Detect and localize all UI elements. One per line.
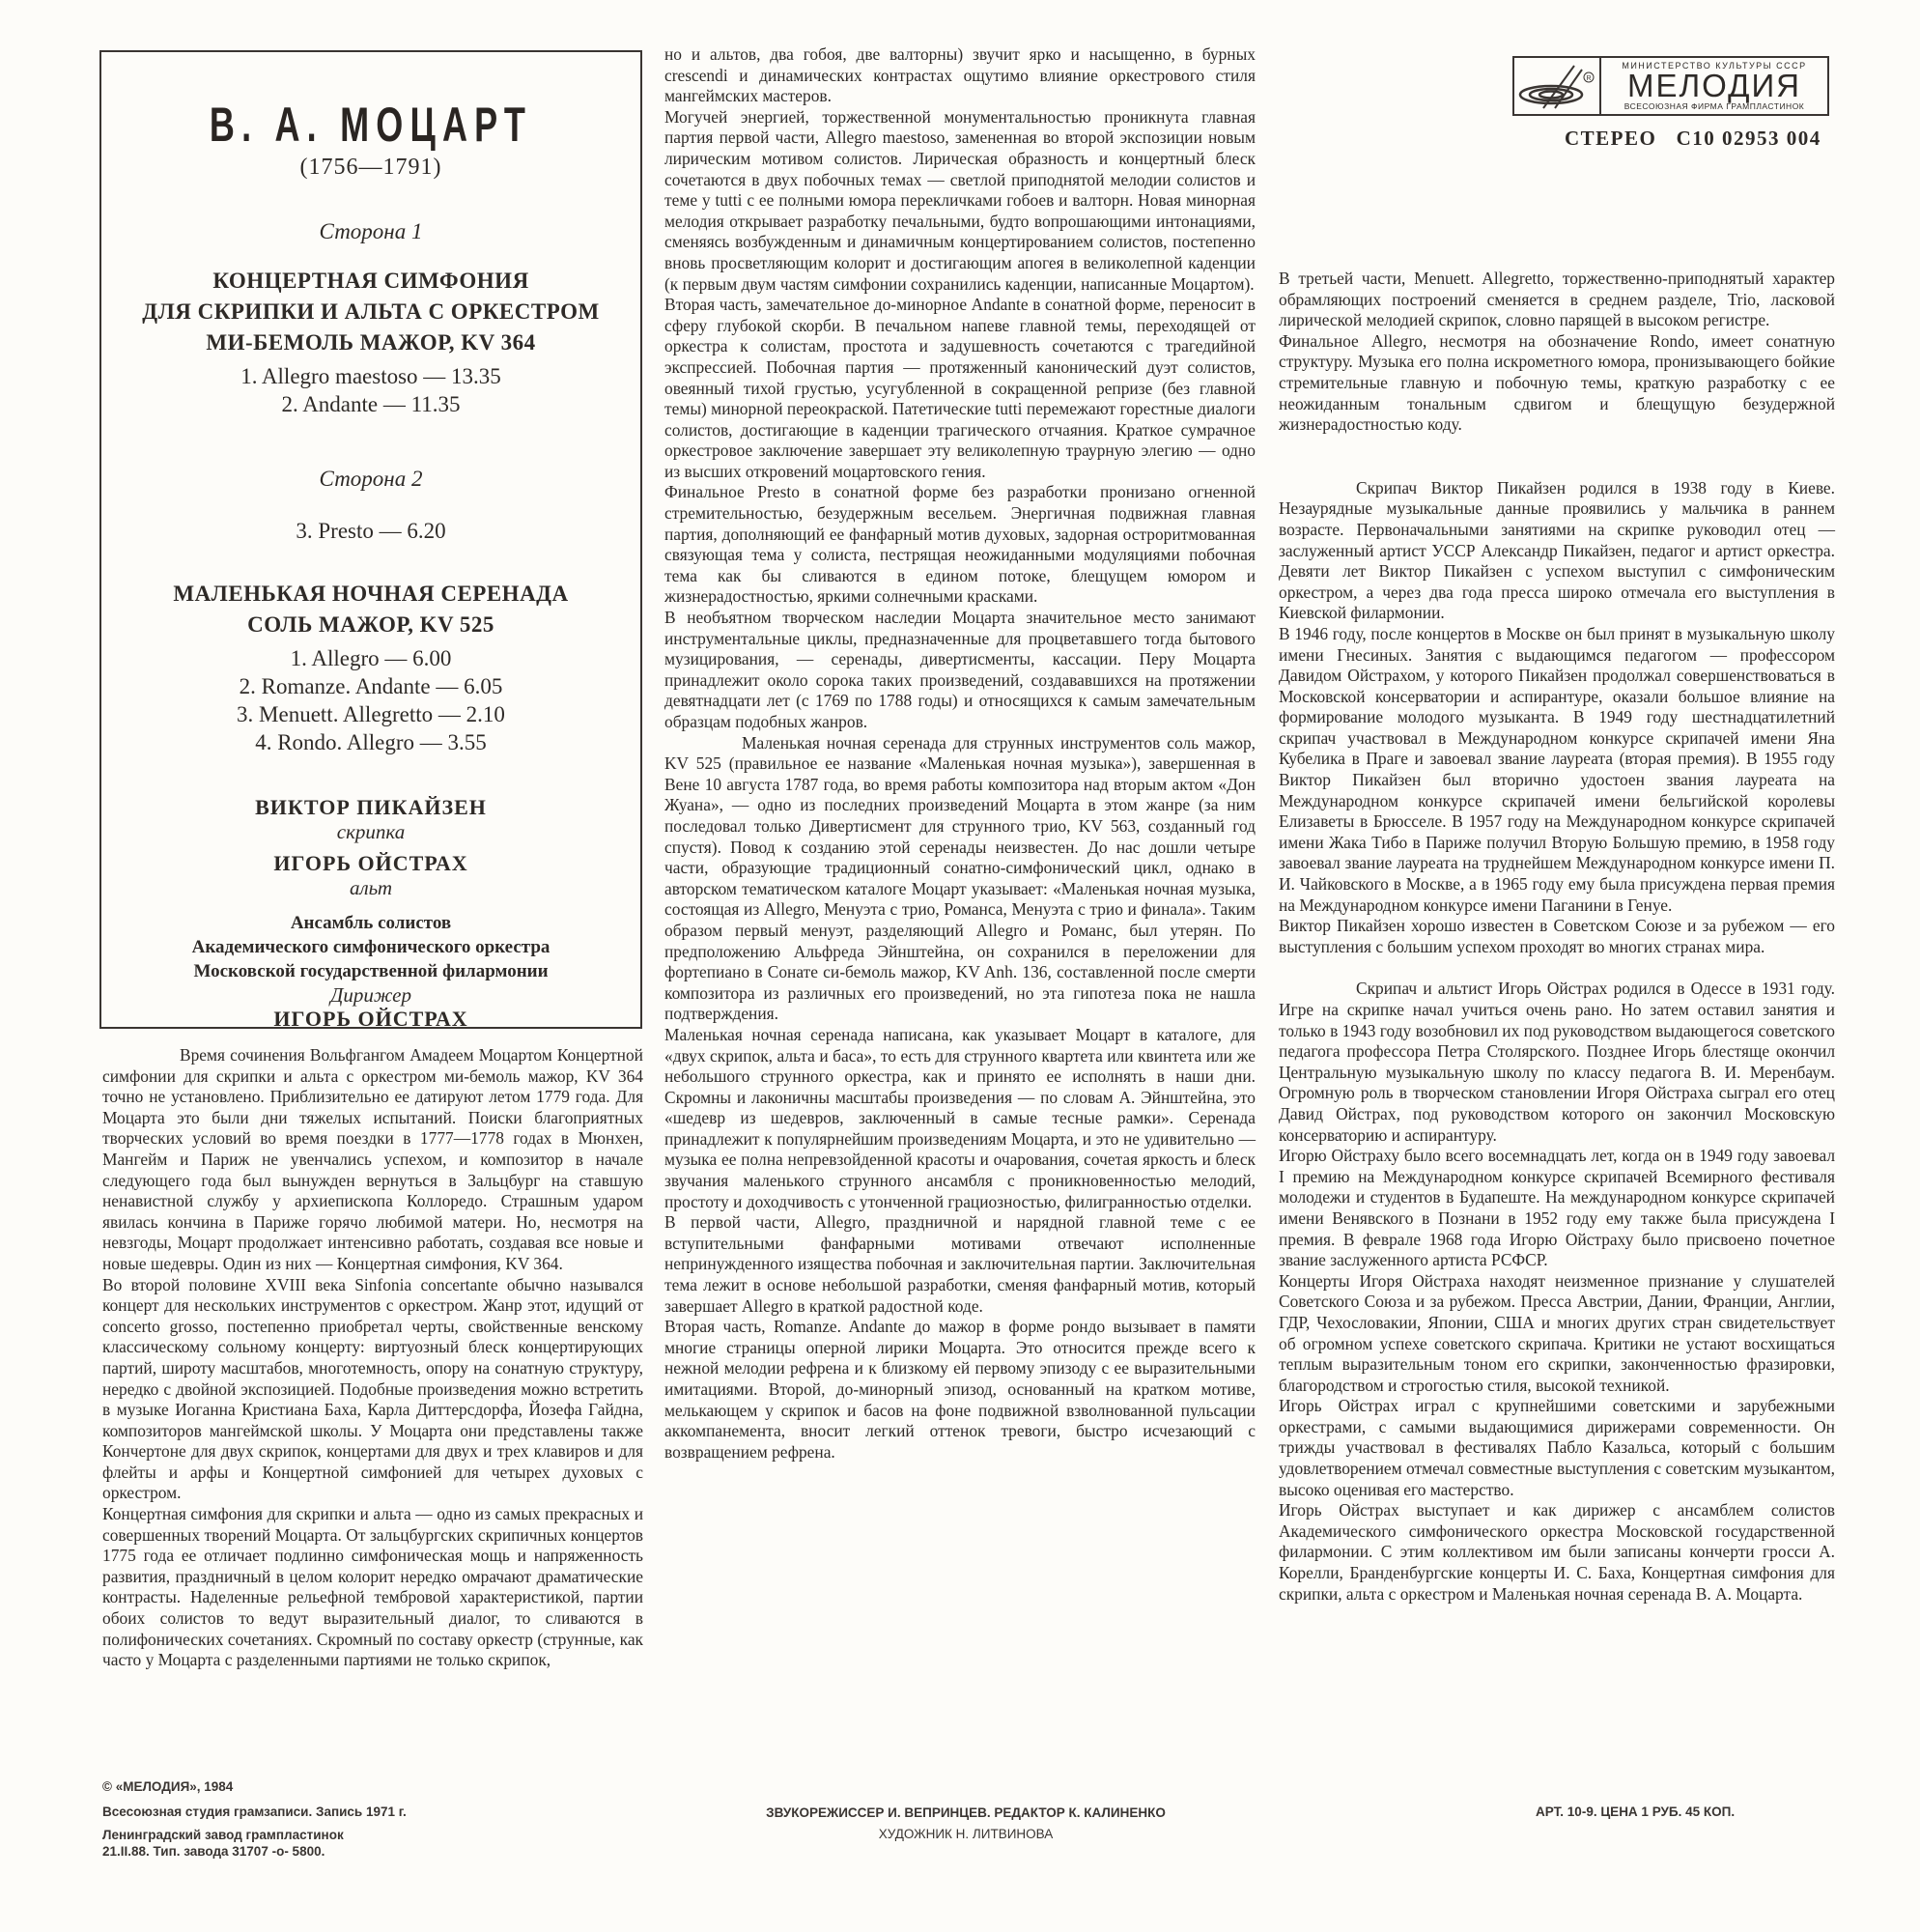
paragraph: Концертная симфония для скрипки и альта … xyxy=(102,1504,643,1671)
svg-text:R: R xyxy=(1587,75,1592,82)
logo-text: МИНИСТЕРСТВО КУЛЬТУРЫ СССР МЕЛОДИЯ ВСЕСО… xyxy=(1601,58,1827,114)
paragraph: Финальное Presto в сонатной форме без ра… xyxy=(664,482,1256,608)
performer-violin-role: скрипка xyxy=(101,820,640,843)
work-2-title: МАЛЕНЬКАЯ НОЧНАЯ СЕРЕНАДА СОЛЬ МАЖОР, KV… xyxy=(101,579,640,640)
company-text: ВСЕСОЮЗНАЯ ФИРМА ГРАМПЛАСТИНОК xyxy=(1601,101,1827,111)
price-info: АРТ. 10-9. ЦЕНА 1 РУБ. 45 КОП. xyxy=(1536,1804,1735,1819)
paragraph: В необъятном творческом наследии Моцарта… xyxy=(664,608,1256,733)
right-column-text: В третьей части, Menuett. Allegretto, то… xyxy=(1279,269,1835,1605)
conductor-name: ИГОРЬ ОЙСТРАХ xyxy=(101,1007,640,1032)
work-2-tracks: 1. Allegro — 6.00 2. Romanze. Andante — … xyxy=(101,644,640,756)
paragraph: Маленькая ночная серенада написана, как … xyxy=(664,1025,1256,1212)
performer-viola-role: альт xyxy=(101,876,640,899)
ensemble-line: Московской государственной филармонии xyxy=(101,959,640,983)
side-1-label: Сторона 1 xyxy=(101,219,640,244)
tracklist-box: В. А. МОЦАРТ (1756—1791) Сторона 1 КОНЦЕ… xyxy=(99,50,642,1029)
track: 3. Presto — 6.20 xyxy=(101,519,640,544)
ensemble-line: Академического симфонического оркестра xyxy=(101,935,640,959)
composer-dates: (1756—1791) xyxy=(101,155,640,181)
work-1-title-line: ДЛЯ СКРИПКИ И АЛЬТА С ОРКЕСТРОМ xyxy=(101,297,640,327)
paragraph: В 1946 году, после концертов в Москве он… xyxy=(1279,624,1835,916)
paragraph: Игорь Ойстрах играл с крупнейшими советс… xyxy=(1279,1396,1835,1500)
paragraph: Маленькая ночная серенада для струнных и… xyxy=(664,733,1256,1025)
track: 3. Menuett. Allegretto — 2.10 xyxy=(101,700,640,728)
work-2-title-line: СОЛЬ МАЖОР, KV 525 xyxy=(101,610,640,640)
left-column-text: Время сочинения Вольфгангом Амадеем Моца… xyxy=(102,1045,643,1671)
track: 2. Andante — 11.35 xyxy=(101,390,640,418)
catalog-number: С10 02953 004 xyxy=(1677,127,1821,150)
melodiya-emblem-icon: R xyxy=(1514,58,1601,114)
track: 1. Allegro — 6.00 xyxy=(101,644,640,672)
paragraph: Вторая часть, замечательное до-минорное … xyxy=(664,295,1256,482)
paragraph: Вторая часть, Romanze. Andante до мажор … xyxy=(664,1317,1256,1463)
brand-name: МЕЛОДИЯ xyxy=(1601,71,1827,101)
melodiya-logo: R МИНИСТЕРСТВО КУЛЬТУРЫ СССР МЕЛОДИЯ ВСЕ… xyxy=(1512,56,1829,116)
work-1-title: КОНЦЕРТНАЯ СИМФОНИЯ ДЛЯ СКРИПКИ И АЛЬТА … xyxy=(101,266,640,358)
plant-info: Ленинградский завод грампластинок xyxy=(102,1826,407,1845)
paragraph: Скрипач и альтист Игорь Ойстрах родился … xyxy=(1279,979,1835,1146)
performer-viola: ИГОРЬ ОЙСТРАХ xyxy=(101,851,640,876)
paragraph: Могучей энергией, торжественной монумент… xyxy=(664,107,1256,295)
print-info: 21.II.88. Тип. завода 31707 -о- 5800. xyxy=(102,1845,407,1859)
side-2-label: Сторона 2 xyxy=(101,467,640,492)
ensemble-line: Ансамбль солистов xyxy=(101,911,640,935)
work-2-title-line: МАЛЕНЬКАЯ НОЧНАЯ СЕРЕНАДА xyxy=(101,579,640,610)
work-1-tracks: 1. Allegro maestoso — 13.35 2. Andante —… xyxy=(101,362,640,418)
catalog-line: СТЕРЕО С10 02953 004 xyxy=(1565,127,1821,151)
paragraph: В первой части, Allegro, праздничной и н… xyxy=(664,1212,1256,1317)
work-1-title-line: МИ-БЕМОЛЬ МАЖОР, KV 364 xyxy=(101,327,640,358)
paragraph: Финальное Allegro, несмотря на обозначен… xyxy=(1279,331,1835,436)
copyright: © «МЕЛОДИЯ», 1984 xyxy=(102,1777,407,1797)
production-credits: ЗВУКОРЕЖИССЕР И. ВЕПРИНЦЕВ. РЕДАКТОР К. … xyxy=(676,1803,1256,1824)
paragraph: Во второй половине XVIII века Sinfonia c… xyxy=(102,1275,643,1505)
performer-violin: ВИКТОР ПИКАЙЗЕН xyxy=(101,795,640,820)
conductor-label: Дирижер xyxy=(101,983,640,1007)
track: 1. Allegro maestoso — 13.35 xyxy=(101,362,640,390)
artist-credit: ХУДОЖНИК Н. ЛИТВИНОВА xyxy=(676,1824,1256,1845)
track: 4. Rondo. Allegro — 3.55 xyxy=(101,728,640,756)
paragraph: Игорь Ойстрах выступает и как дирижер с … xyxy=(1279,1500,1835,1605)
studio-info: Всесоюзная студия грамзаписи. Запись 197… xyxy=(102,1803,407,1822)
paragraph: Концерты Игоря Ойстраха находят неизменн… xyxy=(1279,1271,1835,1397)
track: 2. Romanze. Andante — 6.05 xyxy=(101,672,640,700)
work-1-title-line: КОНЦЕРТНАЯ СИМФОНИЯ xyxy=(101,266,640,297)
footer-left: © «МЕЛОДИЯ», 1984 Всесоюзная студия грам… xyxy=(102,1777,407,1859)
format-label: СТЕРЕО xyxy=(1565,127,1656,150)
composer-name: В. А. МОЦАРТ xyxy=(177,100,565,149)
paragraph: Время сочинения Вольфгангом Амадеем Моца… xyxy=(102,1045,643,1275)
paragraph: В третьей части, Menuett. Allegretto, то… xyxy=(1279,269,1835,331)
ensemble: Ансамбль солистов Академического симфони… xyxy=(101,911,640,983)
footer-center: ЗВУКОРЕЖИССЕР И. ВЕПРИНЦЕВ. РЕДАКТОР К. … xyxy=(676,1803,1256,1845)
paragraph: но и альтов, два гобоя, две валторны) зв… xyxy=(664,44,1256,107)
paragraph: Скрипач Виктор Пикайзен родился в 1938 г… xyxy=(1279,478,1835,624)
middle-column-text: но и альтов, два гобоя, две валторны) зв… xyxy=(664,44,1256,1463)
paragraph: Игорю Ойстраху было всего восемнадцать л… xyxy=(1279,1146,1835,1271)
paragraph: Виктор Пикайзен хорошо известен в Советс… xyxy=(1279,916,1835,957)
